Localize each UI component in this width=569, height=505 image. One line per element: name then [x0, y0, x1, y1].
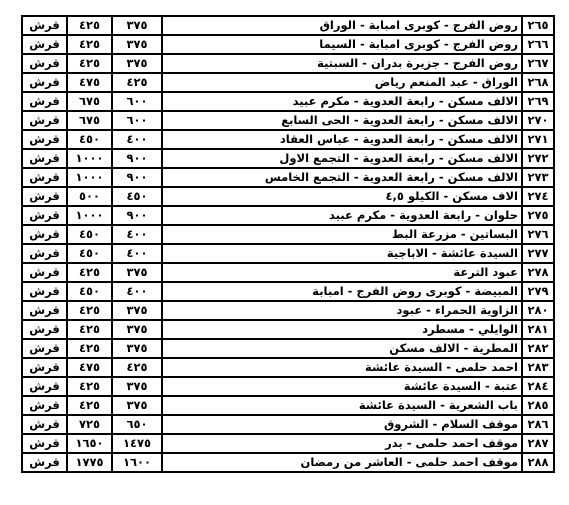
route-number-cell: ٢٦٥ — [522, 16, 554, 35]
fare-cell: ٣٧٥ — [112, 377, 162, 396]
route-name-cell: الاف مسكن - الكيلو ٤,٥ — [162, 187, 522, 206]
route-name-cell: عبود الترعة — [162, 263, 522, 282]
fare-alt-cell: ٤٢٥ — [67, 396, 112, 415]
route-number-cell: ٢٧٦ — [522, 225, 554, 244]
fare-table-row: ٢٧١ الالف مسكن - رابعة العدوية - عباس ال… — [22, 130, 554, 149]
route-name-cell: الالف مسكن - رابعة العدوية - عباس العقاد — [162, 130, 522, 149]
unit-cell: قرش — [22, 415, 67, 434]
route-number-cell: ٢٨٢ — [522, 339, 554, 358]
unit-cell: قرش — [22, 301, 67, 320]
fare-table-row: ٢٨٠ الزاوية الحمراء - عبود ٣٧٥ ٤٢٥ قرش — [22, 301, 554, 320]
fare-table-row: ٢٨٢ المطرية - الالف مسكن ٣٧٥ ٤٢٥ قرش — [22, 339, 554, 358]
unit-cell: قرش — [22, 434, 67, 453]
route-number-cell: ٢٧٥ — [522, 206, 554, 225]
route-name-cell: الالف مسكن - رابعة العدوية - مكرم عبيد — [162, 92, 522, 111]
fare-alt-cell: ٤٧٥ — [67, 73, 112, 92]
route-number-cell: ٢٨١ — [522, 320, 554, 339]
fare-alt-cell: ٤٢٥ — [67, 35, 112, 54]
fare-cell: ٩٠٠ — [112, 149, 162, 168]
fare-table-body: ٢٦٥ روض الفرج - كوبرى امبابة - الوراق ٣٧… — [22, 16, 554, 472]
unit-cell: قرش — [22, 358, 67, 377]
unit-cell: قرش — [22, 320, 67, 339]
route-number-cell: ٢٧٢ — [522, 149, 554, 168]
fare-table-row: ٢٦٨ الوراق - عبد المنعم رياض ٤٢٥ ٤٧٥ قرش — [22, 73, 554, 92]
fare-cell: ٦٠٠ — [112, 111, 162, 130]
fare-cell: ٤٥٠ — [112, 187, 162, 206]
fare-alt-cell: ٧٢٥ — [67, 415, 112, 434]
fare-table-row: ٢٨٥ باب الشعرية - السيدة عائشة ٣٧٥ ٤٢٥ ق… — [22, 396, 554, 415]
fare-table-row: ٢٧٤ الاف مسكن - الكيلو ٤,٥ ٤٥٠ ٥٠٠ قرش — [22, 187, 554, 206]
route-number-cell: ٢٧٨ — [522, 263, 554, 282]
fare-alt-cell: ٤٥٠ — [67, 225, 112, 244]
route-name-cell: حلوان - رابعة العدوية - مكرم عبيد — [162, 206, 522, 225]
fare-alt-cell: ١٧٧٥ — [67, 453, 112, 472]
unit-cell: قرش — [22, 263, 67, 282]
unit-cell: قرش — [22, 168, 67, 187]
route-name-cell: الالف مسكن - رابعة العدوية - التجمع الخا… — [162, 168, 522, 187]
unit-cell: قرش — [22, 54, 67, 73]
route-number-cell: ٢٧٣ — [522, 168, 554, 187]
route-number-cell: ٢٧٩ — [522, 282, 554, 301]
route-number-cell: ٢٧٤ — [522, 187, 554, 206]
fare-alt-cell: ٤٥٠ — [67, 282, 112, 301]
unit-cell: قرش — [22, 73, 67, 92]
route-number-cell: ٢٦٧ — [522, 54, 554, 73]
fare-table-row: ٢٦٧ روض الفرج - جزيرة بدران - السبتية ٣٧… — [22, 54, 554, 73]
route-name-cell: المبيضة - كوبرى روض الفرج - امبابة — [162, 282, 522, 301]
fare-cell: ٦٠٠ — [112, 92, 162, 111]
fare-alt-cell: ١٠٠٠ — [67, 206, 112, 225]
fare-alt-cell: ٤٥٠ — [67, 244, 112, 263]
route-name-cell: موقف احمد حلمى - العاشر من رمضان — [162, 453, 522, 472]
unit-cell: قرش — [22, 111, 67, 130]
route-name-cell: موقف السلام - الشروق — [162, 415, 522, 434]
route-name-cell: الزاوية الحمراء - عبود — [162, 301, 522, 320]
fare-table-row: ٢٨٨ موقف احمد حلمى - العاشر من رمضان ١٦٠… — [22, 453, 554, 472]
fare-cell: ٣٧٥ — [112, 16, 162, 35]
fare-table-row: ٢٧٦ البساتين - مزرعة البط ٤٠٠ ٤٥٠ قرش — [22, 225, 554, 244]
bus-fare-table: ٢٦٥ روض الفرج - كوبرى امبابة - الوراق ٣٧… — [21, 15, 555, 473]
unit-cell: قرش — [22, 377, 67, 396]
fare-alt-cell: ٥٠٠ — [67, 187, 112, 206]
route-number-cell: ٢٦٦ — [522, 35, 554, 54]
unit-cell: قرش — [22, 187, 67, 206]
fare-alt-cell: ٤٢٥ — [67, 377, 112, 396]
fare-cell: ١٤٧٥ — [112, 434, 162, 453]
fare-alt-cell: ٤٢٥ — [67, 54, 112, 73]
route-number-cell: ٢٦٩ — [522, 92, 554, 111]
unit-cell: قرش — [22, 396, 67, 415]
fare-alt-cell: ١٦٥٠ — [67, 434, 112, 453]
fare-table-row: ٢٨٤ عتبة - السيدة عائشة ٣٧٥ ٤٢٥ قرش — [22, 377, 554, 396]
route-number-cell: ٢٨٣ — [522, 358, 554, 377]
fare-table-row: ٢٦٩ الالف مسكن - رابعة العدوية - مكرم عب… — [22, 92, 554, 111]
fare-cell: ٣٧٥ — [112, 396, 162, 415]
fare-table-row: ٢٧٣ الالف مسكن - رابعة العدوية - التجمع … — [22, 168, 554, 187]
fare-table-row: ٢٧٢ الالف مسكن - رابعة العدوية - التجمع … — [22, 149, 554, 168]
fare-cell: ٣٧٥ — [112, 35, 162, 54]
fare-alt-cell: ٤٢٥ — [67, 301, 112, 320]
route-name-cell: الالف مسكن - رابعة العدوية - الحى السابع — [162, 111, 522, 130]
unit-cell: قرش — [22, 149, 67, 168]
unit-cell: قرش — [22, 244, 67, 263]
fare-cell: ٣٧٥ — [112, 301, 162, 320]
route-number-cell: ٢٨٥ — [522, 396, 554, 415]
fare-table-row: ٢٧٠ الالف مسكن - رابعة العدوية - الحى ال… — [22, 111, 554, 130]
fare-alt-cell: ١٠٠٠ — [67, 168, 112, 187]
fare-cell: ٤٢٥ — [112, 358, 162, 377]
route-name-cell: الوراق - عبد المنعم رياض — [162, 73, 522, 92]
fare-table-row: ٢٧٧ السيدة عائشة - الاباجية ٤٠٠ ٤٥٠ قرش — [22, 244, 554, 263]
unit-cell: قرش — [22, 225, 67, 244]
fare-alt-cell: ٦٧٥ — [67, 111, 112, 130]
route-name-cell: احمد حلمى - السيدة عائشة — [162, 358, 522, 377]
fare-cell: ٣٧٥ — [112, 263, 162, 282]
fare-cell: ٤٠٠ — [112, 130, 162, 149]
fare-table-row: ٢٨٣ احمد حلمى - السيدة عائشة ٤٢٥ ٤٧٥ قرش — [22, 358, 554, 377]
route-number-cell: ٢٨٦ — [522, 415, 554, 434]
fare-alt-cell: ٤٢٥ — [67, 320, 112, 339]
route-number-cell: ٢٨٠ — [522, 301, 554, 320]
route-number-cell: ٢٧١ — [522, 130, 554, 149]
fare-cell: ٣٧٥ — [112, 339, 162, 358]
route-name-cell: السيدة عائشة - الاباجية — [162, 244, 522, 263]
route-name-cell: موقف احمد حلمى - بدر — [162, 434, 522, 453]
route-name-cell: عتبة - السيدة عائشة — [162, 377, 522, 396]
unit-cell: قرش — [22, 339, 67, 358]
fare-table-row: ٢٦٦ روض الفرج - كوبرى امبابة - السيما ٣٧… — [22, 35, 554, 54]
unit-cell: قرش — [22, 35, 67, 54]
fare-alt-cell: ٤٢٥ — [67, 263, 112, 282]
route-name-cell: الوايلي - مسطرد — [162, 320, 522, 339]
route-number-cell: ٢٨٨ — [522, 453, 554, 472]
fare-table-row: ٢٧٥ حلوان - رابعة العدوية - مكرم عبيد ٩٠… — [22, 206, 554, 225]
fare-alt-cell: ٤٢٥ — [67, 16, 112, 35]
fare-alt-cell: ٤٧٥ — [67, 358, 112, 377]
route-name-cell: روض الفرج - كوبرى امبابة - الوراق — [162, 16, 522, 35]
unit-cell: قرش — [22, 282, 67, 301]
fare-cell: ٤٢٥ — [112, 73, 162, 92]
fare-table-row: ٢٧٩ المبيضة - كوبرى روض الفرج - امبابة ٤… — [22, 282, 554, 301]
unit-cell: قرش — [22, 206, 67, 225]
route-number-cell: ٢٨٤ — [522, 377, 554, 396]
fare-cell: ٣٧٥ — [112, 54, 162, 73]
fare-alt-cell: ١٠٠٠ — [67, 149, 112, 168]
fare-cell: ٦٥٠ — [112, 415, 162, 434]
fare-cell: ٤٠٠ — [112, 244, 162, 263]
unit-cell: قرش — [22, 453, 67, 472]
unit-cell: قرش — [22, 130, 67, 149]
fare-table-row: ٢٧٨ عبود الترعة ٣٧٥ ٤٢٥ قرش — [22, 263, 554, 282]
fare-table-row: ٢٨٦ موقف السلام - الشروق ٦٥٠ ٧٢٥ قرش — [22, 415, 554, 434]
route-name-cell: الالف مسكن - رابعة العدوية - التجمع الاو… — [162, 149, 522, 168]
fare-alt-cell: ٤٢٥ — [67, 339, 112, 358]
route-name-cell: البساتين - مزرعة البط — [162, 225, 522, 244]
unit-cell: قرش — [22, 92, 67, 111]
fare-cell: ٣٧٥ — [112, 320, 162, 339]
route-name-cell: باب الشعرية - السيدة عائشة — [162, 396, 522, 415]
route-number-cell: ٢٨٧ — [522, 434, 554, 453]
route-number-cell: ٢٦٨ — [522, 73, 554, 92]
fare-table-row: ٢٨٧ موقف احمد حلمى - بدر ١٤٧٥ ١٦٥٠ قرش — [22, 434, 554, 453]
route-number-cell: ٢٧٠ — [522, 111, 554, 130]
route-name-cell: المطرية - الالف مسكن — [162, 339, 522, 358]
fare-table-sheet: ٢٦٥ روض الفرج - كوبرى امبابة - الوراق ٣٧… — [23, 15, 555, 473]
route-name-cell: روض الفرج - جزيرة بدران - السبتية — [162, 54, 522, 73]
fare-cell: ٤٠٠ — [112, 282, 162, 301]
route-name-cell: روض الفرج - كوبرى امبابة - السيما — [162, 35, 522, 54]
fare-alt-cell: ٦٧٥ — [67, 92, 112, 111]
fare-cell: ٩٠٠ — [112, 206, 162, 225]
fare-alt-cell: ٤٥٠ — [67, 130, 112, 149]
fare-table-row: ٢٦٥ روض الفرج - كوبرى امبابة - الوراق ٣٧… — [22, 16, 554, 35]
fare-cell: ١٦٠٠ — [112, 453, 162, 472]
unit-cell: قرش — [22, 16, 67, 35]
fare-table-row: ٢٨١ الوايلي - مسطرد ٣٧٥ ٤٢٥ قرش — [22, 320, 554, 339]
route-number-cell: ٢٧٧ — [522, 244, 554, 263]
fare-cell: ٤٠٠ — [112, 225, 162, 244]
fare-cell: ٩٠٠ — [112, 168, 162, 187]
